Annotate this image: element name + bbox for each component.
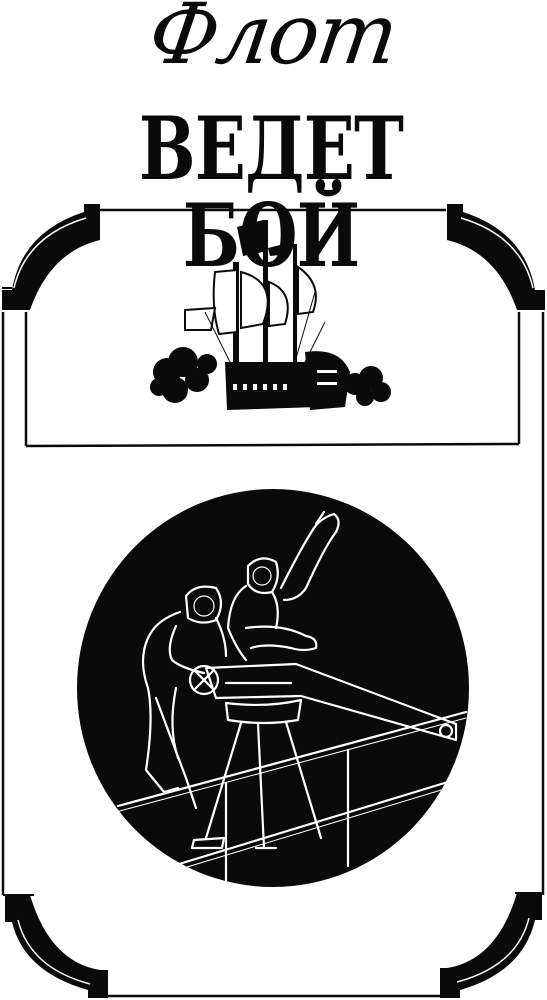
corner-arch-bottom-left (5, 895, 108, 998)
cannon-smoke-left (150, 347, 217, 403)
sailors-gun-medallion (76, 488, 470, 888)
corner-arch-bottom-right (440, 893, 542, 998)
corner-arch-top-right (447, 204, 545, 310)
book-cover: Флот ВЕДЕТ БОЙ (0, 0, 547, 1000)
sailing-ship-illustration (145, 212, 395, 422)
cannon-smoke-right (344, 366, 391, 406)
corner-arch-top-left (2, 204, 100, 310)
